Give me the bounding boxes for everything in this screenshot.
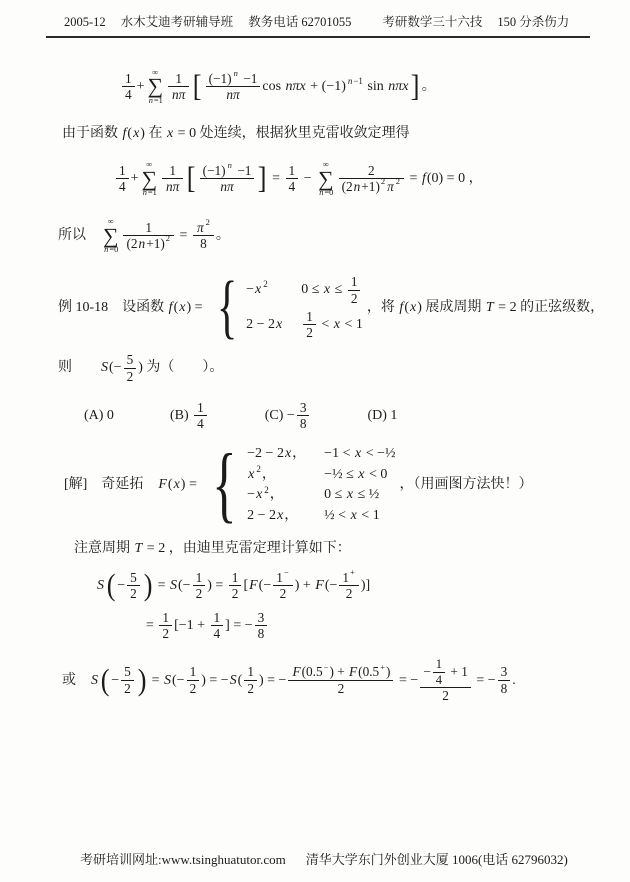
math-text: ) 为（ ）。 xyxy=(138,359,223,377)
math-text: 2 xyxy=(264,485,268,496)
math-text: 4 xyxy=(289,179,296,194)
math-variable: T xyxy=(134,540,144,558)
header-phone: 教务电话 62701055 xyxy=(248,12,351,30)
math-text: = − xyxy=(473,672,496,690)
math-text: 则 xyxy=(58,359,100,377)
header-rule xyxy=(46,36,590,38)
math-text: −1 xyxy=(234,163,251,178)
math-variable: x xyxy=(276,507,284,525)
math-text: 2 xyxy=(256,464,260,475)
math-text: ，将 xyxy=(367,299,399,317)
sigma-icon: ∑ xyxy=(318,170,333,188)
math-variable: x xyxy=(409,299,417,317)
fraction: 12 xyxy=(193,570,206,602)
numerator: 1 xyxy=(116,163,129,179)
superscript: + xyxy=(380,663,385,673)
math-text: 2 xyxy=(247,681,254,696)
math-text: < 1 xyxy=(341,316,363,334)
math-text: 2 xyxy=(396,177,400,187)
math-text: ，（用画图方法快！） xyxy=(399,476,532,494)
superscript: 2 xyxy=(166,234,170,244)
big-delimiter: ] xyxy=(411,71,420,102)
numerator: 1 xyxy=(211,610,224,626)
math-text: 2 xyxy=(166,234,170,244)
denominator: 2 xyxy=(229,586,242,601)
math-text: 0 ≤ xyxy=(324,486,346,504)
math-text: 2 xyxy=(338,681,345,696)
math-variable: nπ xyxy=(225,87,240,102)
header-course: 考研数学三十六技 xyxy=(382,12,482,30)
math-text: 1 xyxy=(169,163,176,178)
piecewise-cases: {−x20 ≤ x ≤ 122 − 2x12 < x < 1 xyxy=(210,274,363,340)
math-text: 3 xyxy=(300,400,307,415)
math-text: 1 xyxy=(289,163,296,178)
big-delimiter: ) xyxy=(138,665,147,696)
math-variable: x xyxy=(350,507,358,525)
summation: ∞∑n=1 xyxy=(142,160,157,197)
fraction: −14 + 12 xyxy=(420,657,471,703)
math-text: 1 xyxy=(436,657,442,672)
denominator: 2 xyxy=(124,369,137,384)
math-text: 2 xyxy=(263,279,267,290)
superscript: 2 xyxy=(256,464,260,475)
solution-odd-extension: [解] 奇延拓 F(x) = {−2 − 2x，−1 < x < −½x2，−½… xyxy=(64,445,594,524)
numerator: 1− xyxy=(273,570,292,586)
fraction: 1+2 xyxy=(339,570,358,602)
formula-s-computation-2: = 12[−1 + 14] = −38 xyxy=(146,610,594,642)
big-delimiter: [ xyxy=(193,71,202,102)
math-text: 。 xyxy=(422,78,436,96)
numerator: 3 xyxy=(297,400,310,416)
math-variable: nπ xyxy=(171,87,186,102)
math-text: 2 xyxy=(306,325,313,340)
denominator: 2 xyxy=(273,586,292,601)
math-text: −2 − 2 xyxy=(247,445,284,463)
math-text: < xyxy=(318,316,333,334)
numerator: 1 xyxy=(122,71,135,87)
math-text: ) = − xyxy=(259,672,286,690)
superscript: n xyxy=(233,69,239,79)
fraction: 52 xyxy=(124,352,137,384)
math-text: (− xyxy=(109,359,122,377)
sigma-icon: ∑ xyxy=(142,170,157,188)
math-text: = xyxy=(148,672,163,690)
math-variable: F xyxy=(314,577,325,595)
math-text: (− xyxy=(259,577,272,595)
numerator: π2 xyxy=(193,220,214,236)
math-variable: S xyxy=(100,359,109,377)
page-header: 2005-12 水木艾迪考研辅导班 教务电话 62701055 考研数学三十六技… xyxy=(0,0,630,30)
math-variable: n xyxy=(353,179,362,194)
footer-website: 考研培训网址:www.tsinghuatutor.com xyxy=(80,849,286,868)
superscript: 2 xyxy=(263,279,267,290)
math-text: (2 xyxy=(342,179,353,194)
math-text: = xyxy=(176,227,191,245)
numerator: 1 xyxy=(229,570,242,586)
denominator: 2 xyxy=(127,586,140,601)
numerator: 1 xyxy=(187,664,200,680)
math-variable: x xyxy=(275,316,283,334)
math-variable: S xyxy=(163,672,172,690)
math-text: 3 xyxy=(258,610,265,625)
math-text: + xyxy=(380,663,385,673)
case-condition: ½ < x < 1 xyxy=(324,507,380,525)
denominator: 8 xyxy=(297,416,310,431)
math-variable: x xyxy=(178,299,186,317)
fraction: 12 xyxy=(303,309,316,341)
math-variable: nπ xyxy=(219,179,234,194)
case-expression: 2 − 2x， xyxy=(247,507,298,525)
math-text: = xyxy=(406,170,421,188)
math-text: 1 xyxy=(162,610,169,625)
case-expression: −2 − 2x， xyxy=(247,445,306,463)
math-text: −1 xyxy=(240,71,257,86)
math-text: ) = xyxy=(186,299,206,317)
fraction: 12 xyxy=(159,610,172,642)
math-text: < 1 xyxy=(358,507,380,525)
denominator: 8 xyxy=(255,626,268,641)
sum-lower-limit: n=0 xyxy=(103,245,118,254)
math-variable: S xyxy=(90,672,99,690)
superscript: 2 xyxy=(264,485,268,496)
header-date: 2005-12 xyxy=(64,15,106,30)
math-variable: nπx xyxy=(387,78,409,96)
math-variable: x xyxy=(166,125,174,143)
numerator: 1 xyxy=(244,664,257,680)
fraction: 12 xyxy=(187,664,200,696)
formula-series-sum-result: 所以 ∞∑n=01(2n+1)2 = π28。 xyxy=(58,217,594,254)
cases-rows: −x20 ≤ x ≤ 122 − 2x12 < x < 1 xyxy=(246,274,363,340)
numerator: 1 xyxy=(348,274,361,290)
math-text: ) xyxy=(386,664,390,679)
math-text: sin xyxy=(364,78,387,96)
case-condition: 0 ≤ x ≤ ½ xyxy=(324,486,379,504)
cases-rows: −2 − 2x，−1 < x < −½x2，−½ ≤ x < 0−x2，0 ≤ … xyxy=(247,445,395,524)
math-text: 4 xyxy=(214,626,221,641)
math-text: =1 xyxy=(154,96,163,105)
math-text: 2 xyxy=(368,163,375,178)
math-variable: x xyxy=(333,316,341,334)
math-text: 1 xyxy=(125,71,132,86)
case-condition: 0 ≤ x ≤ 12 xyxy=(301,274,362,306)
big-delimiter: ( xyxy=(107,570,116,601)
note-period: 注意周期 T = 2 ，由迪里克雷定理计算如下： xyxy=(74,540,594,558)
fraction: 2(2n+1)2π2 xyxy=(339,163,404,195)
formula-s-alternative: 或 S(−52) = S(−12) = −S(12) = −F(0.5−) + … xyxy=(62,657,594,703)
math-text: 1 xyxy=(247,664,254,679)
math-text: − xyxy=(300,170,315,188)
case-expression: 2 − 2x xyxy=(246,309,283,341)
math-text: ≤ xyxy=(331,281,346,299)
fraction: F(0.5−) + F(0.5+)2 xyxy=(288,664,393,696)
math-text: = − xyxy=(395,672,418,690)
math-text: ½ < xyxy=(324,507,349,525)
math-variable: S xyxy=(96,577,105,595)
math-text: (B) xyxy=(170,407,192,425)
superscript: 2 xyxy=(206,218,210,228)
math-text: 1 xyxy=(119,163,126,178)
math-text: 2 xyxy=(130,586,137,601)
math-text: + xyxy=(137,78,145,96)
math-text: − xyxy=(247,486,255,504)
math-text: 由于函数 xyxy=(62,125,122,143)
math-text: (−1) xyxy=(209,71,232,86)
text-continuity-note: 由于函数 f(x) 在 x = 0 处连续，根据狄里克雷收敛定理得 xyxy=(62,125,594,143)
math-text: + xyxy=(350,568,355,578)
math-text: 2 xyxy=(206,218,210,228)
fraction: 52 xyxy=(121,664,134,696)
fraction: 14 xyxy=(286,163,299,195)
math-text: ) 在 xyxy=(140,125,166,143)
denominator: (2n+1)2π2 xyxy=(339,179,404,194)
math-text: 1 xyxy=(232,570,239,585)
math-variable: n xyxy=(227,161,233,171)
denominator: 4 xyxy=(122,87,135,102)
fraction: 1(2n+1)2 xyxy=(123,220,174,252)
numerator: (−1)n −1 xyxy=(206,71,261,87)
math-text: 1 xyxy=(214,610,221,625)
math-text: (− xyxy=(178,577,191,595)
numerator: 5 xyxy=(124,352,137,368)
math-text: 0 ≤ xyxy=(301,281,323,299)
fraction: 14 xyxy=(194,400,207,432)
denominator: 2 xyxy=(288,681,393,696)
denominator: 4 xyxy=(116,179,129,194)
numerator: 1 xyxy=(193,570,206,586)
math-text: 3 xyxy=(501,664,508,679)
denominator: 2 xyxy=(348,291,361,306)
numerator: 1 xyxy=(194,400,207,416)
math-text: ) = xyxy=(181,476,201,494)
math-text: (2 xyxy=(126,236,137,251)
header-school: 水木艾迪考研辅导班 xyxy=(121,12,234,30)
math-text: )] xyxy=(361,577,370,595)
sum-lower-limit: n=1 xyxy=(142,188,157,197)
math-variable: n xyxy=(233,69,239,79)
case-condition: −1 < x < −½ xyxy=(324,445,395,463)
math-text: 1 xyxy=(175,71,182,86)
math-text: − xyxy=(324,663,329,673)
math-text: ， xyxy=(284,507,298,525)
denominator: 2 xyxy=(159,626,172,641)
math-text: 2 − 2 xyxy=(246,316,275,334)
fraction: 12 xyxy=(229,570,242,602)
numerator: 1 xyxy=(286,163,299,179)
piecewise-cases: {−2 − 2x，−1 < x < −½x2，−½ ≤ x < 0−x2，0 ≤… xyxy=(204,445,395,524)
math-text: 8 xyxy=(300,416,307,431)
math-text: 2 xyxy=(127,369,134,384)
math-variable: nπx xyxy=(285,78,307,96)
math-text: ) + xyxy=(329,664,348,679)
math-variable: x xyxy=(247,466,255,484)
math-variable: S xyxy=(229,672,238,690)
math-text: (0.5 xyxy=(302,664,323,679)
math-variable: F xyxy=(157,476,168,494)
math-text: 1 xyxy=(145,220,152,235)
numerator: 1 xyxy=(162,163,183,179)
case-condition: −½ ≤ x < 0 xyxy=(324,466,387,484)
numerator: 1 xyxy=(168,71,189,87)
math-text: 1 xyxy=(190,664,197,679)
math-text: 8 xyxy=(501,681,508,696)
numerator: 3 xyxy=(498,664,511,680)
math-text: = xyxy=(154,577,169,595)
denominator: (2n+1)2 xyxy=(123,236,174,251)
denominator: 4 xyxy=(286,179,299,194)
math-text: 8 xyxy=(258,626,265,641)
math-text: ， xyxy=(262,466,276,484)
denominator: 2 xyxy=(339,586,358,601)
math-text: ) + xyxy=(295,577,315,595)
math-text: cos xyxy=(262,78,284,96)
math-text: ] = − xyxy=(225,617,252,635)
math-text: +1) xyxy=(361,179,380,194)
math-text: 2 xyxy=(124,681,131,696)
case-expression: −x2 xyxy=(246,274,269,306)
summation: ∞∑n=0 xyxy=(318,160,333,197)
fraction: 12 xyxy=(348,274,361,306)
math-variable: x xyxy=(132,125,140,143)
math-text: . xyxy=(512,672,516,690)
math-text: = 2 ，由迪里克雷定理计算如下： xyxy=(143,540,350,558)
summation: ∞∑n=1 xyxy=(148,68,163,105)
superscript: + xyxy=(350,568,355,578)
brace-icon: { xyxy=(213,454,237,515)
math-variable: x xyxy=(254,281,262,299)
math-text: 2 xyxy=(381,177,385,187)
superscript: n xyxy=(227,161,233,171)
math-text: [−1 + xyxy=(174,617,208,635)
math-text: 5 xyxy=(130,570,137,585)
denominator: 2 xyxy=(303,325,316,340)
math-text: (0) = 0 ， xyxy=(427,170,483,188)
math-text: = 2 的正弦级数， xyxy=(495,299,604,317)
sigma-icon: ∑ xyxy=(103,227,118,245)
denominator: 2 xyxy=(187,681,200,696)
denominator: 2 xyxy=(420,688,471,703)
math-text: + (−1) xyxy=(307,78,346,96)
math-text: =1 xyxy=(148,188,157,197)
fraction: 1nπ xyxy=(162,163,183,195)
fraction: 52 xyxy=(127,570,140,602)
math-text: 5 xyxy=(124,664,131,679)
math-text: 1 xyxy=(351,274,358,289)
math-text: ， xyxy=(270,486,284,504)
formula-fourier-expansion: 14+∞∑n=11nπ[(−1)n −1nπcos nπx + (−1)n−1 … xyxy=(120,68,594,105)
math-variable: x xyxy=(323,281,331,299)
math-text: 2 xyxy=(346,586,353,601)
fraction: 14 xyxy=(122,71,135,103)
math-text: ) 展成周期 xyxy=(417,299,485,317)
denominator: 2 xyxy=(244,681,257,696)
math-text: 4 xyxy=(125,87,132,102)
math-text: ， xyxy=(292,445,306,463)
footer-address: 清华大学东门外创业大厦 1006(电话 62796032) xyxy=(306,849,568,868)
math-text: [解] 奇延拓 xyxy=(64,476,157,494)
denominator: 4 xyxy=(211,626,224,641)
math-variable: F xyxy=(291,664,301,679)
fraction: (−1)n −1nπ xyxy=(200,163,255,195)
superscript: − xyxy=(284,568,289,578)
math-text: 2 xyxy=(351,291,358,306)
fraction: 38 xyxy=(255,610,268,642)
math-text: < −½ xyxy=(362,445,395,463)
math-text: = 0 处连续，根据狄里克雷收敛定理得 xyxy=(174,125,409,143)
math-text: − xyxy=(117,577,125,595)
math-variable: x xyxy=(354,445,362,463)
math-variable: x xyxy=(173,476,181,494)
numerator: 5 xyxy=(127,570,140,586)
math-variable: n xyxy=(138,236,147,251)
math-variable: π xyxy=(196,220,205,235)
math-variable: S xyxy=(169,577,178,595)
math-variable: nπ xyxy=(165,179,180,194)
math-text: + 1 xyxy=(447,664,468,679)
denominator: 2 xyxy=(121,681,134,696)
numerator: −14 + 1 xyxy=(420,657,471,688)
math-text: 2 xyxy=(162,626,169,641)
fraction: 14 xyxy=(211,610,224,642)
math-text: 2 xyxy=(280,586,287,601)
math-text: (− xyxy=(172,672,185,690)
big-delimiter: ] xyxy=(258,163,267,194)
sigma-icon: ∑ xyxy=(148,77,163,95)
math-text: (− xyxy=(325,577,338,595)
math-text: (A) 0 xyxy=(84,407,114,425)
case-condition: 12 < x < 1 xyxy=(301,309,363,341)
sum-lower-limit: n=1 xyxy=(148,96,163,105)
math-text: ) = xyxy=(207,577,227,595)
denominator: 2 xyxy=(193,586,206,601)
fraction: 1−2 xyxy=(273,570,292,602)
math-text: − xyxy=(284,568,289,578)
big-delimiter: ) xyxy=(144,570,153,601)
formula-dirichlet-at-zero: 14+∞∑n=11nπ[(−1)n −1nπ] = 14 − ∞∑n=02(2n… xyxy=(114,160,594,197)
math-text: 注意周期 xyxy=(74,540,134,558)
math-text: < 0 xyxy=(365,466,387,484)
math-text: −½ ≤ xyxy=(324,466,357,484)
math-text: = xyxy=(146,617,157,635)
fraction: 1nπ xyxy=(168,71,189,103)
math-variable: F xyxy=(248,577,259,595)
math-text: − xyxy=(246,281,254,299)
math-text: +1) xyxy=(146,236,165,251)
math-text: −1 < xyxy=(324,445,354,463)
numerator: 3 xyxy=(255,610,268,626)
math-text: 1 xyxy=(197,400,204,415)
numerator: 1 xyxy=(433,657,445,673)
math-text: (C) − xyxy=(265,407,295,425)
math-variable: x xyxy=(346,486,354,504)
math-text: =0 xyxy=(109,245,118,254)
math-text: + xyxy=(131,170,139,188)
math-variable: F xyxy=(348,664,358,679)
superscript: n−1 xyxy=(347,76,363,87)
math-text: − xyxy=(111,672,119,690)
math-text: 所以 xyxy=(58,227,100,245)
fraction: 38 xyxy=(297,400,310,432)
numerator: (−1)n −1 xyxy=(200,163,255,179)
math-text: ≤ ½ xyxy=(354,486,379,504)
math-variable: T xyxy=(485,299,495,317)
fraction: 14 xyxy=(116,163,129,195)
summation: ∞∑n=0 xyxy=(103,217,118,254)
math-text: 2 − 2 xyxy=(247,507,276,525)
fraction: 12 xyxy=(244,664,257,696)
choices-row: (A) 0(B) 14(C) −38(D) 1 xyxy=(84,400,594,432)
numerator: 1 xyxy=(303,309,316,325)
big-delimiter: [ xyxy=(187,163,196,194)
